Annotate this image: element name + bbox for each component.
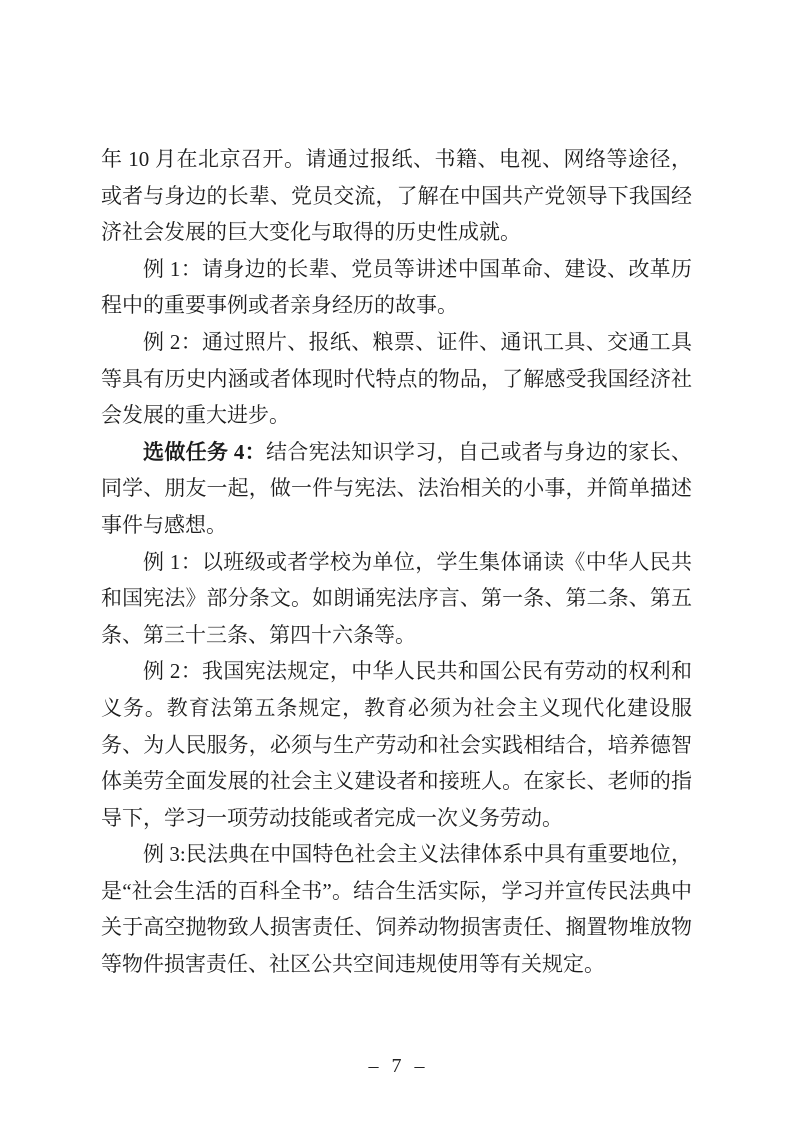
paragraph: 例 2：我国宪法规定，中华人民共和国公民有劳动的权利和义务。教育法第五条规定，教… — [101, 653, 692, 836]
paragraph-text: 年 10 月在北京召开。请通过报纸、书籍、电视、网络等途径，或者与身边的长辈、党… — [101, 147, 692, 244]
document-body-text: 年 10 月在北京召开。请通过报纸、书籍、电视、网络等途径，或者与身边的长辈、党… — [101, 141, 692, 983]
paragraph: 例 1：请身边的长辈、党员等讲述中国革命、建设、改革历程中的重要事例或者亲身经历… — [101, 251, 692, 324]
paragraph-lead: 选做任务 4： — [143, 440, 266, 464]
paragraph-text: 例 1：请身边的长辈、党员等讲述中国革命、建设、改革历程中的重要事例或者亲身经历… — [101, 257, 692, 318]
paragraph-text: 例 2：我国宪法规定，中华人民共和国公民有劳动的权利和义务。教育法第五条规定，教… — [101, 659, 692, 829]
paragraph: 例 3:民法典在中国特色社会主义法律体系中具有重要地位，是“社会生活的百科全书”… — [101, 836, 692, 982]
paragraph: 例 2：通过照片、报纸、粮票、证件、通讯工具、交通工具等具有历史内涵或者体现时代… — [101, 324, 692, 434]
paragraph: 选做任务 4：结合宪法知识学习，自己或者与身边的家长、同学、朋友一起，做一件与宪… — [101, 434, 692, 544]
paragraph: 年 10 月在北京召开。请通过报纸、书籍、电视、网络等途径，或者与身边的长辈、党… — [101, 141, 692, 251]
paragraph-text: 例 2：通过照片、报纸、粮票、证件、通讯工具、交通工具等具有历史内涵或者体现时代… — [101, 330, 692, 427]
paragraph-text: 例 3:民法典在中国特色社会主义法律体系中具有重要地位，是“社会生活的百科全书”… — [101, 842, 692, 976]
document-page: 年 10 月在北京召开。请通过报纸、书籍、电视、网络等途径，或者与身边的长辈、党… — [0, 0, 793, 1122]
page-number: – 7 – — [369, 1055, 425, 1077]
page-footer: – 7 – — [0, 1052, 793, 1080]
paragraph: 例 1：以班级或者学校为单位，学生集体诵读《中华人民共和国宪法》部分条文。如朗诵… — [101, 544, 692, 654]
paragraph-text: 例 1：以班级或者学校为单位，学生集体诵读《中华人民共和国宪法》部分条文。如朗诵… — [101, 550, 692, 647]
